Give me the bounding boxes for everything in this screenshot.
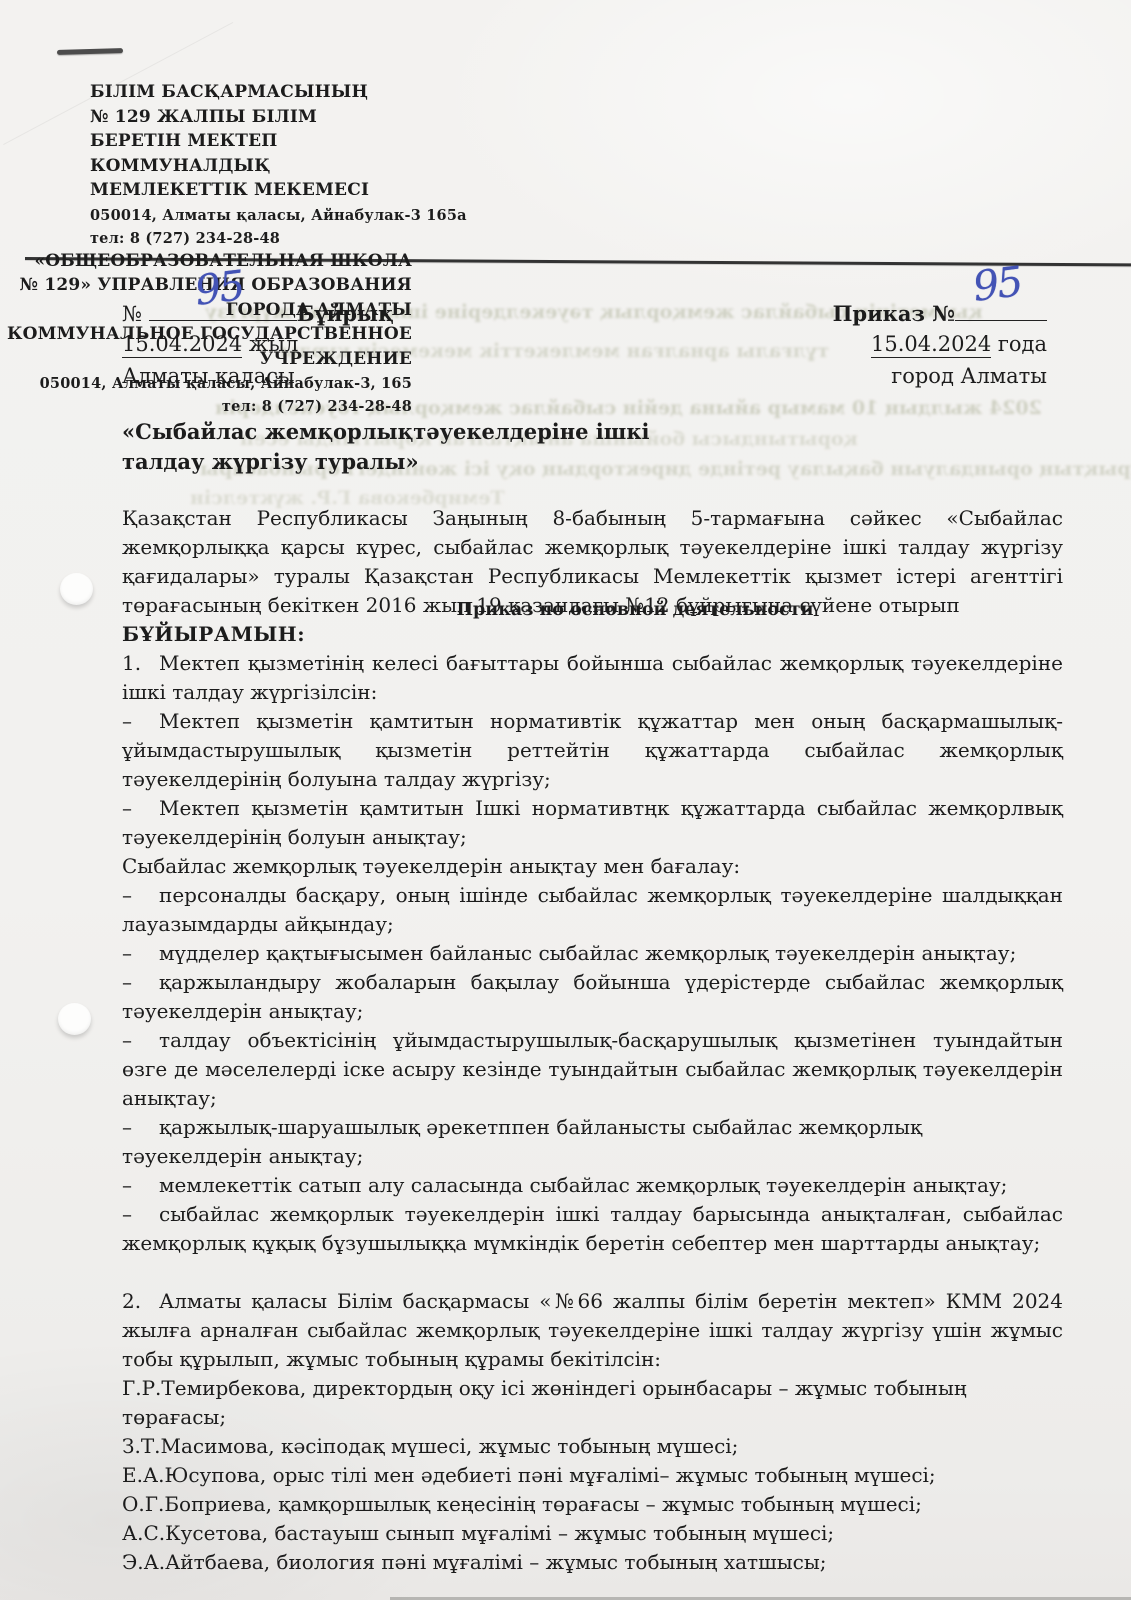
item-2: 2.Алматы қаласы Білім басқармасы «№66 жа…	[122, 1287, 1063, 1374]
order-number-line: Приказ №95	[833, 300, 1047, 332]
bullet-item: –сыбайлас жемқорлык тәуекелдерін ішкі та…	[122, 1200, 1063, 1258]
workgroup-member: Г.Р.Темирбекова, директордың оқу ісі жөн…	[122, 1374, 1063, 1432]
subheading: Сыбайлас жемқорлық тәуекелдерін анықтау …	[122, 852, 1063, 881]
letterhead-line: МЕМЛЕКЕТТІК МЕКЕМЕСІ	[90, 178, 490, 203]
letterhead-line: БЕРЕТІН МЕКТЕП	[90, 129, 490, 154]
workgroup-member: Е.А.Юсупова, орыс тілі мен әдебиеті пәні…	[122, 1461, 1063, 1490]
item-number: 2.	[122, 1287, 159, 1316]
letterhead-address: 050014, Алматы қаласы, Айнабулак-3 165а	[90, 205, 490, 226]
bullet-item: –Мектеп қызметін қамтитын нормативтік құ…	[122, 707, 1063, 794]
bullet-dash: –	[122, 968, 159, 997]
bullet-item: –қаржыландыру жобаларын бақылау бойынша …	[122, 968, 1063, 1026]
order-date: 15.04.2024	[871, 332, 991, 358]
punch-hole-bottom	[58, 1003, 91, 1035]
item-text: Алматы қаласы Білім басқармасы «№66 жалп…	[122, 1289, 1063, 1371]
letterhead-line: № 129 ЖАЛПЫ БІЛІМ	[90, 105, 490, 130]
bullet-dash: –	[122, 707, 159, 736]
item-1: 1.Мектеп қызметінің келесі бағыттары бой…	[122, 649, 1063, 707]
bullet-text: Мектеп қызметін қамтитын нормативтік құж…	[122, 709, 1063, 791]
bullet-dash: –	[122, 794, 159, 823]
bullet-dash: –	[122, 939, 159, 968]
preamble-paragraph: Қазақстан Республикасы Заңының 8-бабының…	[122, 504, 1063, 620]
bullet-item: –Мектеп қызметін қамтитын Ішкі нормативт…	[122, 794, 1063, 852]
order-word: Бұйрық	[297, 301, 394, 326]
bullet-dash: –	[122, 1171, 159, 1200]
workgroup-member: А.С.Кусетова, бастауыш сынып мұғалімі – …	[122, 1519, 1063, 1548]
order-date-word: жыл	[242, 332, 298, 356]
workgroup-member: З.Т.Масимова, кәсіподақ мүшесі, жұмыс то…	[122, 1432, 1063, 1461]
bullet-text: қаржылық-шаруашылық әрекетппен байланыст…	[122, 1115, 922, 1168]
document-body: Қазақстан Республикасы Заңының 8-бабының…	[122, 504, 1063, 1577]
workgroup-member: Э.А.Айтбаева, биология пәні мұғалімі – ж…	[122, 1548, 1063, 1577]
bullet-dash: –	[122, 1026, 159, 1055]
number-blank-line: 95	[149, 300, 297, 321]
letterhead-line: БІЛІМ БАСҚАРМАСЫНЫҢ	[90, 80, 490, 105]
bullet-item: –талдау объектісінің ұйымдастырушылық-ба…	[122, 1026, 1063, 1113]
letterhead-kazakh: БІЛІМ БАСҚАРМАСЫНЫҢ № 129 ЖАЛПЫ БІЛІМ БЕ…	[90, 80, 490, 249]
order-city-line: город Алматы	[833, 364, 1047, 396]
resolve-word: БҰЙЫРАМЫН:	[122, 620, 1063, 649]
bullet-text: талдау объектісінің ұйымдастырушылық-бас…	[122, 1028, 1063, 1110]
order-label: Приказ №	[833, 301, 955, 326]
order-city-line: Алматы қаласы	[122, 364, 394, 396]
handwritten-order-number: 95	[971, 261, 1024, 308]
bullet-item: –персоналды басқару, оның ішінде сыбайла…	[122, 881, 1063, 939]
letterhead-phone: тел: 8 (727) 234-28-48	[0, 396, 412, 417]
item-number: 1.	[122, 649, 159, 678]
bullet-text: Мектеп қызметін қамтитын Ішкі нормативтң…	[122, 796, 1063, 849]
number-sign: №	[122, 302, 142, 326]
scanned-order-document: қызметінің сыбайлас жемқорлық тәуекелдер…	[0, 0, 1131, 1600]
letterhead-line: КОММУНАЛДЫҚ	[90, 154, 490, 179]
order-date-line: 15.04.2024 жыл	[122, 332, 394, 364]
number-blank-line: 95	[955, 300, 1047, 321]
order-block-kazakh: № 95Бұйрық 15.04.2024 жыл Алматы қаласы	[122, 300, 394, 396]
document-title: «Сыбайлас жемқорлықтәуекелдеріне ішкі та…	[122, 417, 722, 477]
bullet-text: персоналды басқару, оның ішінде сыбайлас…	[122, 883, 1063, 936]
bullet-dash: –	[122, 881, 159, 910]
item-text: Мектеп қызметінің келесі бағыттары бойын…	[122, 651, 1063, 704]
bullet-text: мемлекеттік сатып алу саласында сыбайлас…	[159, 1173, 1007, 1197]
order-number-line: № 95Бұйрық	[122, 300, 394, 332]
bullet-text: мүдделер қақтығысымен байланыс сыбайлас …	[159, 941, 1016, 965]
order-date-line: 15.04.2024 года	[833, 332, 1047, 364]
bullet-item: –қаржылық-шаруашылық әрекетппен байланыс…	[122, 1113, 1063, 1171]
order-date: 15.04.2024	[122, 332, 242, 358]
bullet-text: қаржыландыру жобаларын бақылау бойынша ү…	[122, 970, 1063, 1023]
order-date-word: года	[991, 332, 1047, 356]
letterhead-phone: тел: 8 (727) 234-28-48	[90, 228, 490, 249]
bullet-item: –мемлекеттік сатып алу саласында сыбайла…	[122, 1171, 1063, 1200]
handwritten-order-number: 95	[192, 265, 245, 312]
punch-hole-top	[60, 573, 93, 605]
bullet-item: –мүдделер қақтығысымен байланыс сыбайлас…	[122, 939, 1063, 968]
bullet-text: сыбайлас жемқорлык тәуекелдерін ішкі тал…	[122, 1202, 1063, 1255]
order-block-russian: Приказ №95 15.04.2024 года город Алматы	[833, 300, 1047, 396]
workgroup-member: О.Г.Боприева, қамқоршылық кеңесінің төра…	[122, 1490, 1063, 1519]
bullet-dash: –	[122, 1200, 159, 1229]
bullet-dash: –	[122, 1113, 159, 1142]
